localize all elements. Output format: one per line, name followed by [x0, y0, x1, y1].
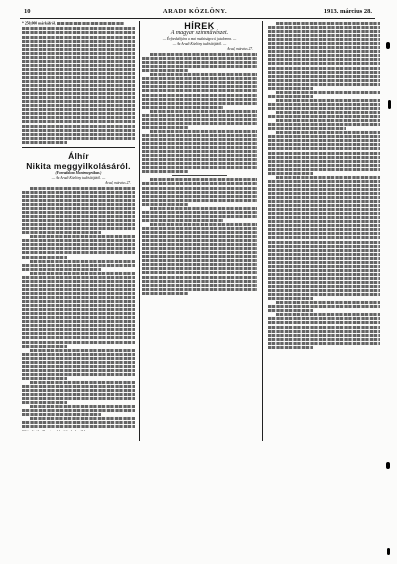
header-rule [20, 18, 375, 19]
news-item [142, 53, 257, 173]
headline-alhir: Álhír [22, 151, 135, 161]
issue-date: 1913. március 28. [324, 8, 372, 15]
column-divider [262, 21, 263, 441]
opening-item: * 250,000 márkáfról. [22, 21, 135, 144]
newspaper-page: 10 ARADI KÖZLÖNY. 1913. március 28. * 25… [0, 0, 397, 564]
article-divider [22, 147, 135, 148]
headline-nikita: Nikita meggyilkolásáról. [22, 161, 135, 171]
left-column: * 250,000 márkáfról. Álhír Nikita meggyi… [22, 21, 135, 431]
middle-column: HÍREK A magyar színművészet. — Évforduló… [142, 21, 257, 441]
article-closing: Nikita király állapota a lehető legkedve… [22, 430, 135, 431]
item-divider [172, 175, 227, 176]
article-title: A magyar színművészet. [142, 29, 257, 37]
news-item [142, 178, 257, 294]
article-body [22, 187, 135, 429]
opening-item-body [22, 27, 135, 143]
article-dateline: Arad, március 27. [142, 47, 257, 52]
right-column [268, 21, 380, 431]
item-lead: * 250,000 márkáfról. [22, 21, 56, 25]
column-divider [139, 21, 140, 441]
scan-mark [387, 548, 390, 555]
scan-mark [386, 42, 390, 49]
page-header: 10 ARADI KÖZLÖNY. 1913. március 28. [10, 6, 380, 18]
scan-mark [388, 100, 391, 109]
article-dateline: Arad, március 27. [22, 181, 135, 186]
scan-mark [386, 462, 390, 469]
